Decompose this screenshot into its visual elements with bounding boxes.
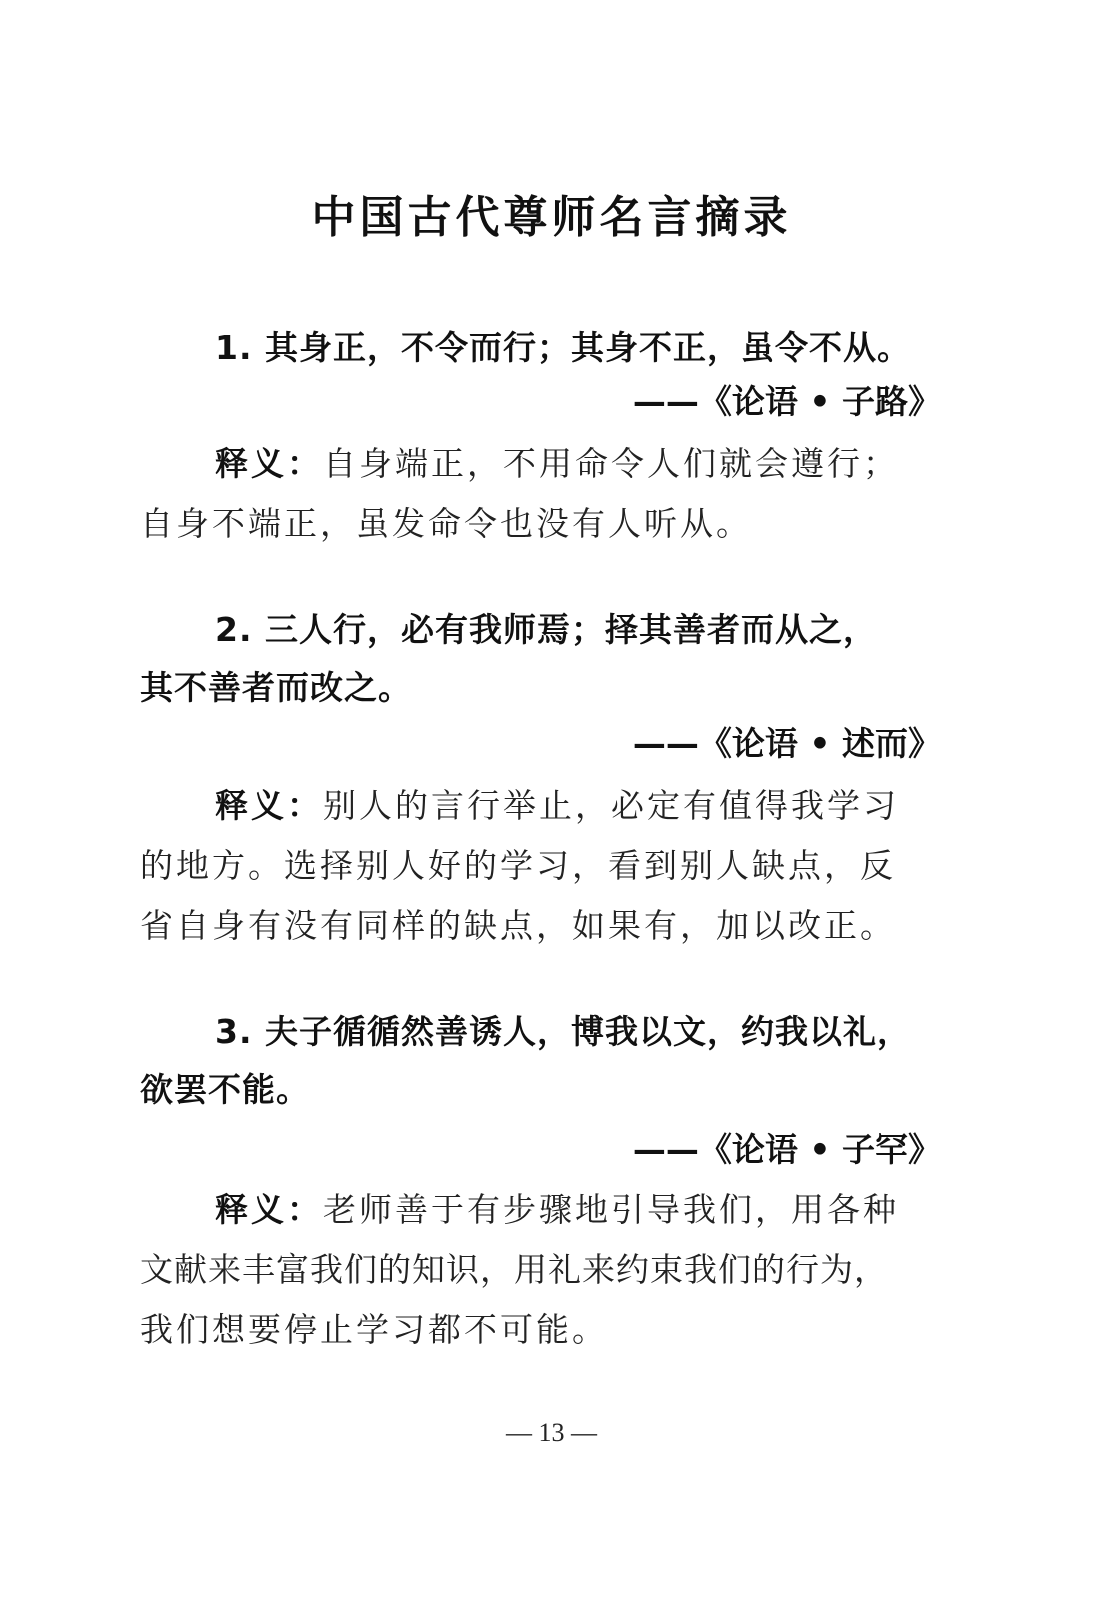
explanation-line: 释义：老师善于有步骤地引导我们，用各种 <box>215 1188 899 1232</box>
explanation-line: 我们想要停止学习都不可能。 <box>140 1308 608 1352</box>
document-page: 中国古代尊师名言摘录 1. 其身正，不令而行；其身不正，虽令不从。 ——《论语 … <box>0 0 1103 1599</box>
explanation-label: 释义： <box>215 444 323 483</box>
explanation-line: 释义：别人的言行举止，必定有值得我学习 <box>215 784 899 828</box>
explanation-text: 老师善于有步骤地引导我们，用各种 <box>323 1190 899 1229</box>
explanation-line: 释义：自身端正，不用命令人们就会遵行； <box>215 442 899 486</box>
quote-line: 1. 其身正，不令而行；其身不正，虽令不从。 <box>215 326 911 370</box>
explanation-line: 省自身有没有同样的缺点，如果有，加以改正。 <box>140 904 896 948</box>
explanation-label: 释义： <box>215 786 323 825</box>
quote-source: ——《论语 • 子路》 <box>633 380 941 424</box>
quote-line: 2. 三人行，必有我师焉；择其善者而从之， <box>215 608 877 652</box>
quote-line: 3. 夫子循循然善诱人，博我以文，约我以礼， <box>215 1010 911 1054</box>
quote-line: 欲罢不能。 <box>140 1068 310 1112</box>
explanation-text: 别人的言行举止，必定有值得我学习 <box>323 786 899 825</box>
quote-source: ——《论语 • 述而》 <box>633 722 941 766</box>
explanation-line: 自身不端正，虽发命令也没有人听从。 <box>140 502 752 546</box>
quote-line: 其不善者而改之。 <box>140 666 412 710</box>
page-number: — 13 — <box>0 1418 1103 1448</box>
explanation-text: 自身端正，不用命令人们就会遵行； <box>323 444 899 483</box>
quote-source: ——《论语 • 子罕》 <box>633 1128 941 1172</box>
explanation-line: 文献来丰富我们的知识，用礼来约束我们的行为， <box>140 1248 888 1292</box>
explanation-label: 释义： <box>215 1190 323 1229</box>
explanation-line: 的地方。选择别人好的学习，看到别人缺点，反 <box>140 844 896 888</box>
page-title: 中国古代尊师名言摘录 <box>0 188 1103 248</box>
